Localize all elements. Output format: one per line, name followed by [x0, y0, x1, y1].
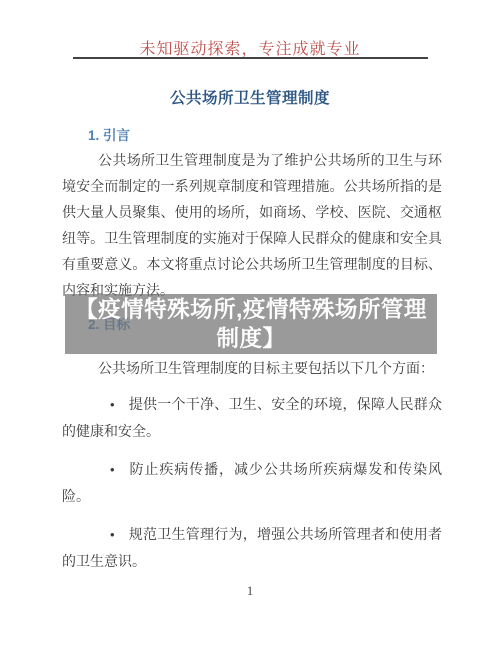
list-item: •规范卫生管理行为，增强公共场所管理者和使用者的卫生意识。 — [62, 521, 442, 574]
section-heading-introduction: 1. 引言 — [88, 124, 130, 144]
header-slogan: 未知驱动探索，专注成就专业 — [0, 36, 500, 59]
document-page: 未知驱动探索，专注成就专业 公共场所卫生管理制度 1. 引言 公共场所卫生管理制… — [0, 0, 500, 647]
list-item-text: 提供一个干净、卫生、安全的环境，保障人民群众的健康和安全。 — [62, 396, 442, 439]
page-number: 1 — [0, 583, 500, 599]
introduction-paragraph: 公共场所卫生管理制度是为了维护公共场所的卫生与环境安全而制定的一系列规章制度和管… — [62, 147, 442, 303]
document-title: 公共场所卫生管理制度 — [0, 86, 500, 108]
list-item: •提供一个干净、卫生、安全的环境，保障人民群众的健康和安全。 — [62, 391, 442, 444]
bullet-icon: • — [110, 462, 115, 477]
bullet-icon: • — [110, 397, 115, 412]
list-item: •防止疾病传播，减少公共场所疾病爆发和传染风险。 — [62, 456, 442, 509]
list-item-text: 防止疾病传播，减少公共场所疾病爆发和传染风险。 — [62, 461, 442, 504]
watermark-text: 【疫情特殊场所,疫情特殊场所管理制度】 — [65, 295, 437, 353]
list-item-text: 规范卫生管理行为，增强公共场所管理者和使用者的卫生意识。 — [62, 526, 442, 569]
goals-intro-paragraph: 公共场所卫生管理制度的目标主要包括以下几个方面： — [62, 355, 442, 381]
bullet-icon: • — [110, 527, 115, 542]
header-rule — [73, 57, 428, 59]
watermark-overlay: 【疫情特殊场所,疫情特殊场所管理制度】 — [65, 294, 437, 354]
